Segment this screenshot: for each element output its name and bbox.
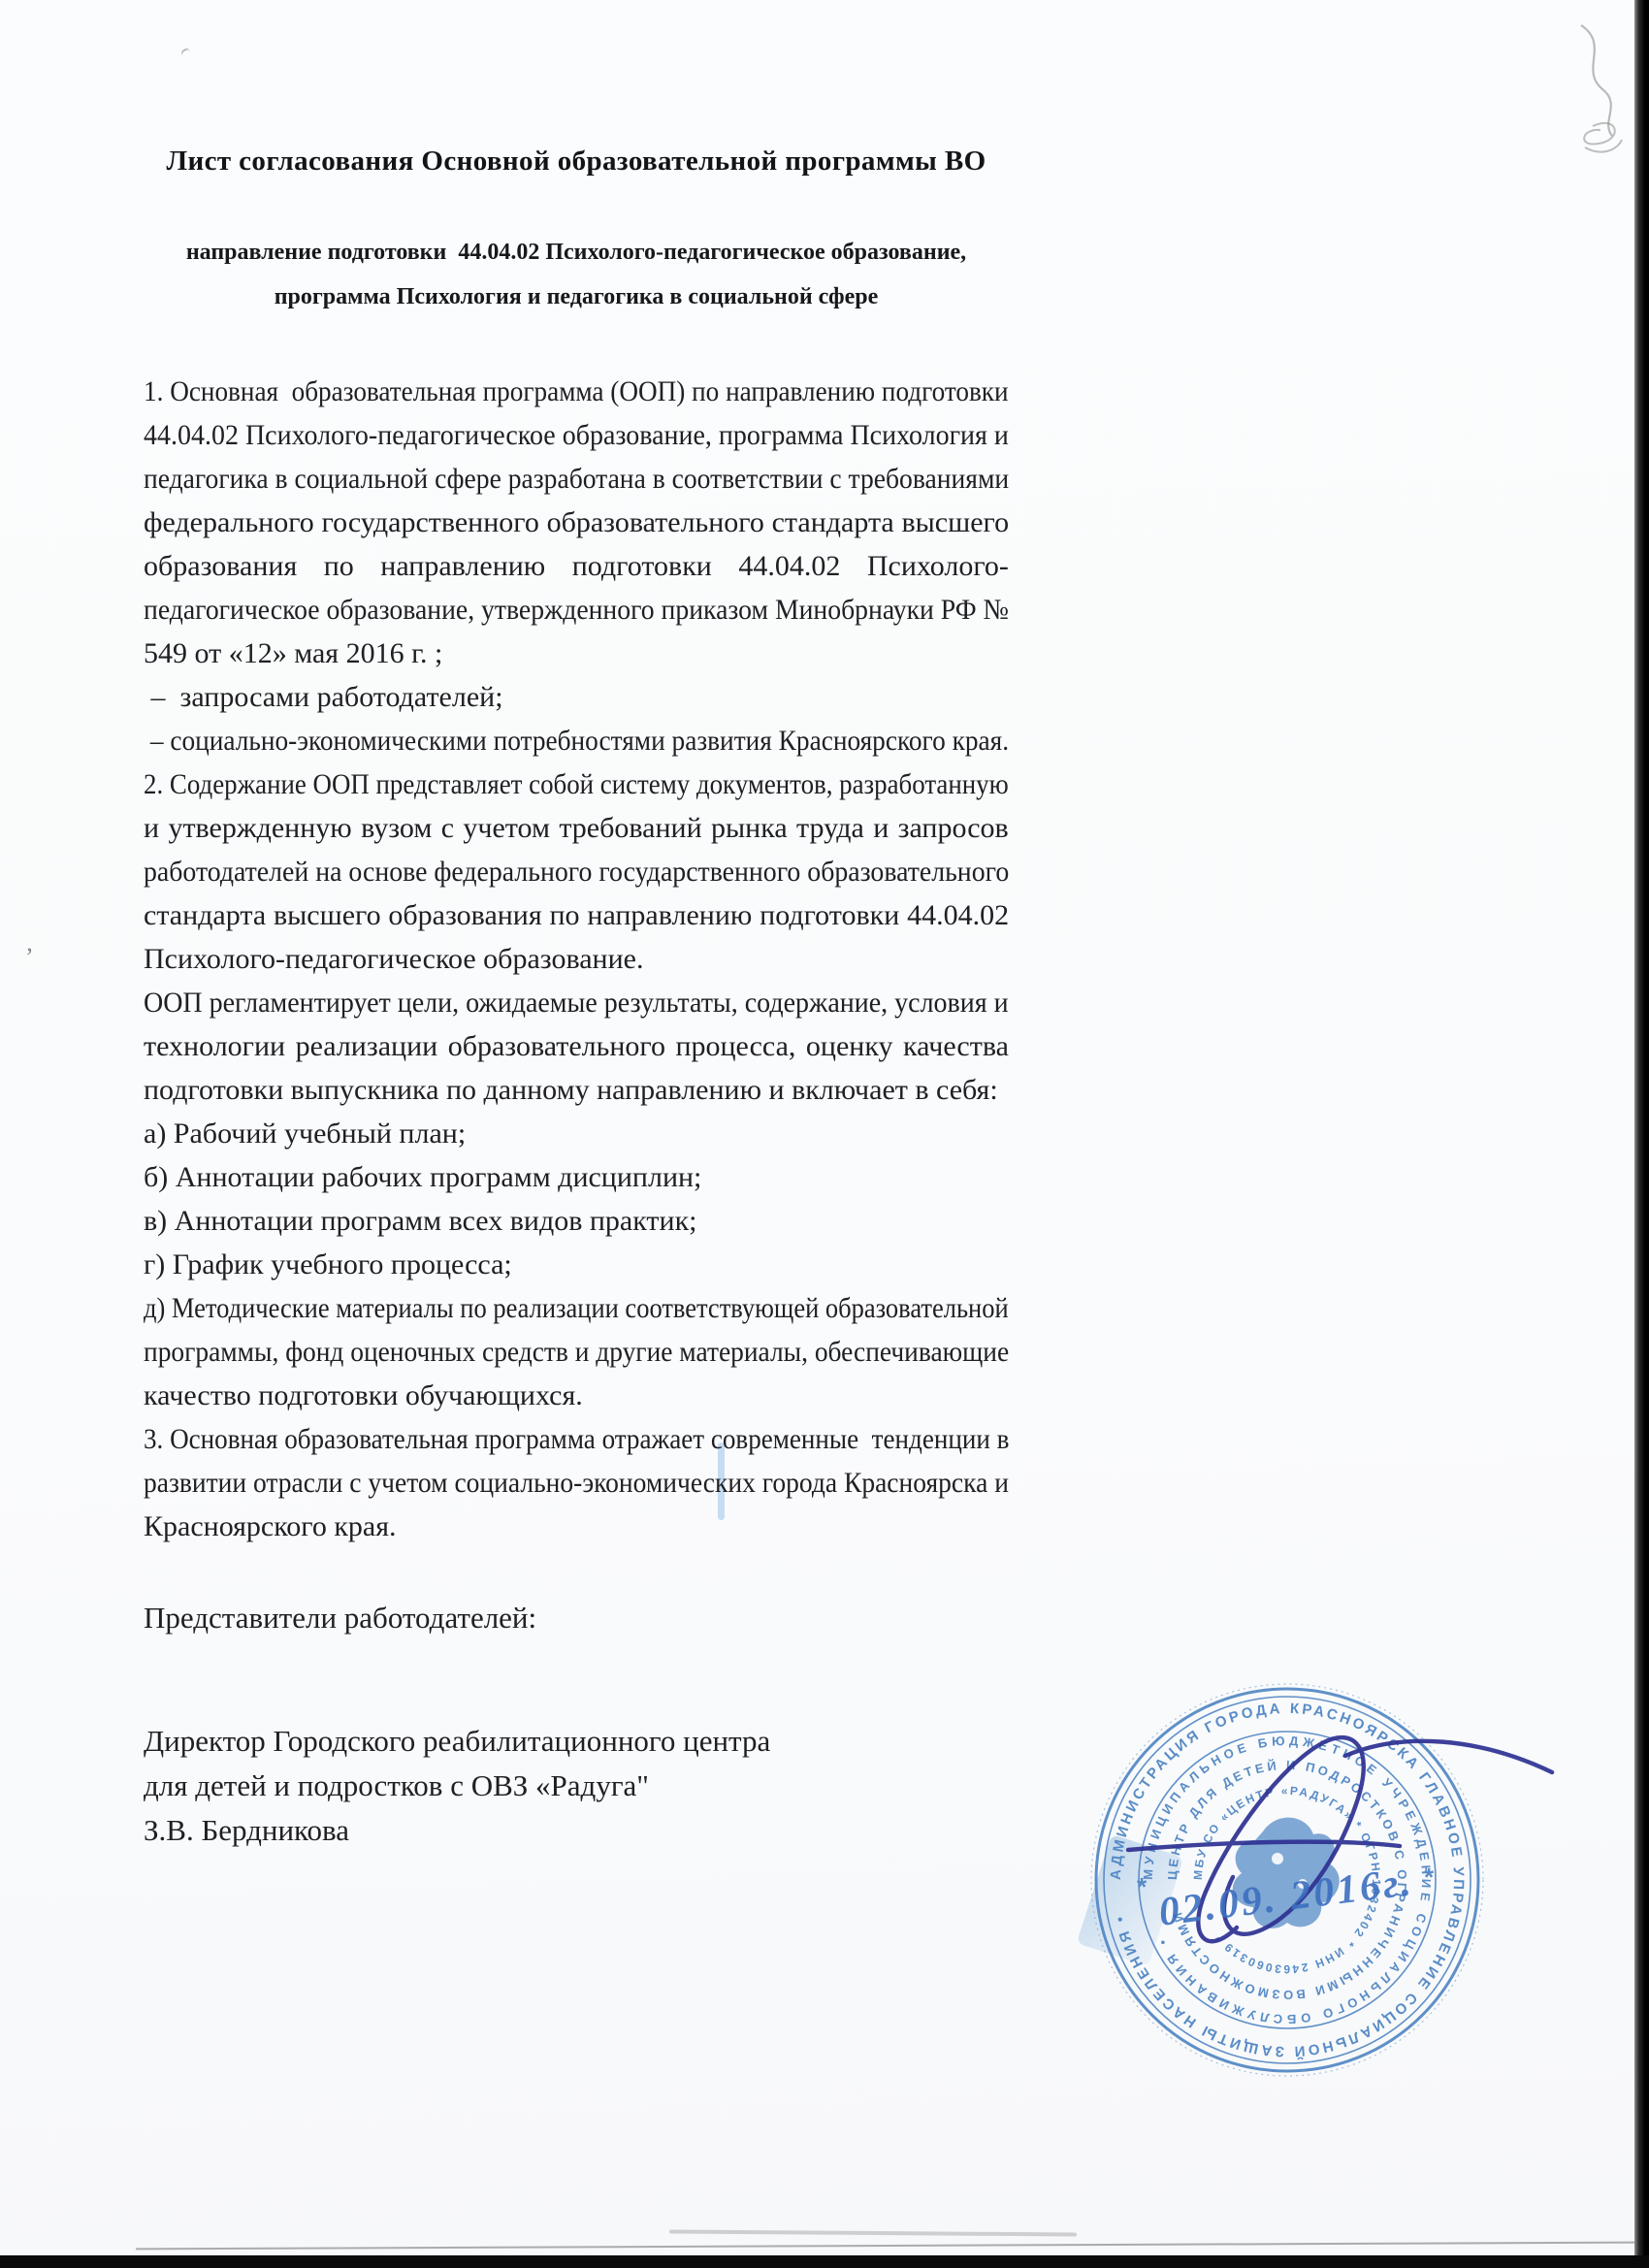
signatory-position-line: Директор Городского реабилитационного це… — [144, 1719, 770, 1764]
body-line: а) Рабочий учебный план; — [144, 1112, 1009, 1155]
scan-edge-bottom — [0, 2255, 1649, 2268]
subtitle-line-2: программа Психология и педагогика в соци… — [144, 275, 1009, 319]
body-line: Психолого-педагогическое образование. — [144, 937, 1009, 981]
body-line: подготовки выпускника по данному направл… — [144, 1068, 1009, 1112]
body-line: развитии отрасли с учетом социально-экон… — [144, 1461, 1009, 1505]
body-line: технологии реализации образовательного п… — [144, 1024, 1009, 1068]
scan-tick-artifact: ’ — [25, 943, 34, 972]
body-line: 3. Основная образовательная программа от… — [144, 1417, 1009, 1461]
body-line: федерального государственного образовате… — [144, 501, 1009, 544]
body-line: 1. Основная образовательная программа (О… — [144, 370, 1009, 413]
signatory-block: Директор Городского реабилитационного це… — [144, 1719, 770, 1853]
body-line: 2. Содержание ООП представляет собой сис… — [144, 762, 1009, 806]
body-lines: 1. Основная образовательная программа (О… — [144, 370, 1009, 1548]
signature-ink — [1091, 1683, 1596, 2013]
scan-bottom-line — [136, 2242, 1634, 2251]
body-line: ООП регламентирует цели, ожидаемые резул… — [144, 981, 1009, 1024]
signatory-organization-line: для детей и подростков с ОВЗ «Радуга" — [144, 1764, 770, 1808]
body-line: г) График учебного процесса; — [144, 1243, 1009, 1286]
scan-curl-artifact — [1525, 12, 1641, 177]
document-subtitle: направление подготовки 44.04.02 Психолог… — [144, 230, 1009, 319]
body-line: Красноярского края. — [144, 1505, 1009, 1548]
signature-flourish — [1345, 1741, 1552, 1772]
body-line: 44.04.02 Психолого-педагогическое образо… — [144, 413, 1009, 457]
document-title: Лист согласования Основной образовательн… — [144, 146, 1009, 178]
body-line: педагогика в социальной сфере разработан… — [144, 457, 1009, 501]
signatory-name: З.В. Бердникова — [144, 1808, 770, 1853]
subtitle-line-1: направление подготовки 44.04.02 Психолог… — [144, 230, 1009, 275]
body-line: д) Методические материалы по реализации … — [144, 1286, 1009, 1330]
body-line: б) Аннотации рабочих программ дисциплин; — [144, 1155, 1009, 1199]
signature-strike — [1128, 1842, 1400, 1850]
document-page: ’ Лист согласования Основной образовател… — [0, 0, 1649, 2268]
body-line: – социально-экономическими потребностями… — [144, 719, 1009, 762]
body-line: педагогическое образование, утвержденног… — [144, 588, 1009, 632]
scan-speck — [179, 47, 195, 63]
representatives-label: Представители работодателей: — [144, 1601, 536, 1636]
body-line: – запросами работодателей; — [144, 675, 1009, 719]
scan-streak — [669, 2230, 1077, 2237]
body-line: стандарта высшего образования по направл… — [144, 893, 1009, 937]
body-line: и утвержденную вузом с учетом требований… — [144, 806, 1009, 850]
scan-edge-right — [1634, 0, 1649, 2268]
body-line: образования по направлению подготовки 44… — [144, 544, 1009, 588]
body-line: качество подготовки обучающихся. — [144, 1374, 1009, 1417]
body-line: программы, фонд оценочных средств и друг… — [144, 1330, 1009, 1374]
body-line: 549 от «12» мая 2016 г. ; — [144, 632, 1009, 675]
body-line: работодателей на основе федерального гос… — [144, 850, 1009, 893]
body-line: в) Аннотации программ всех видов практик… — [144, 1199, 1009, 1243]
